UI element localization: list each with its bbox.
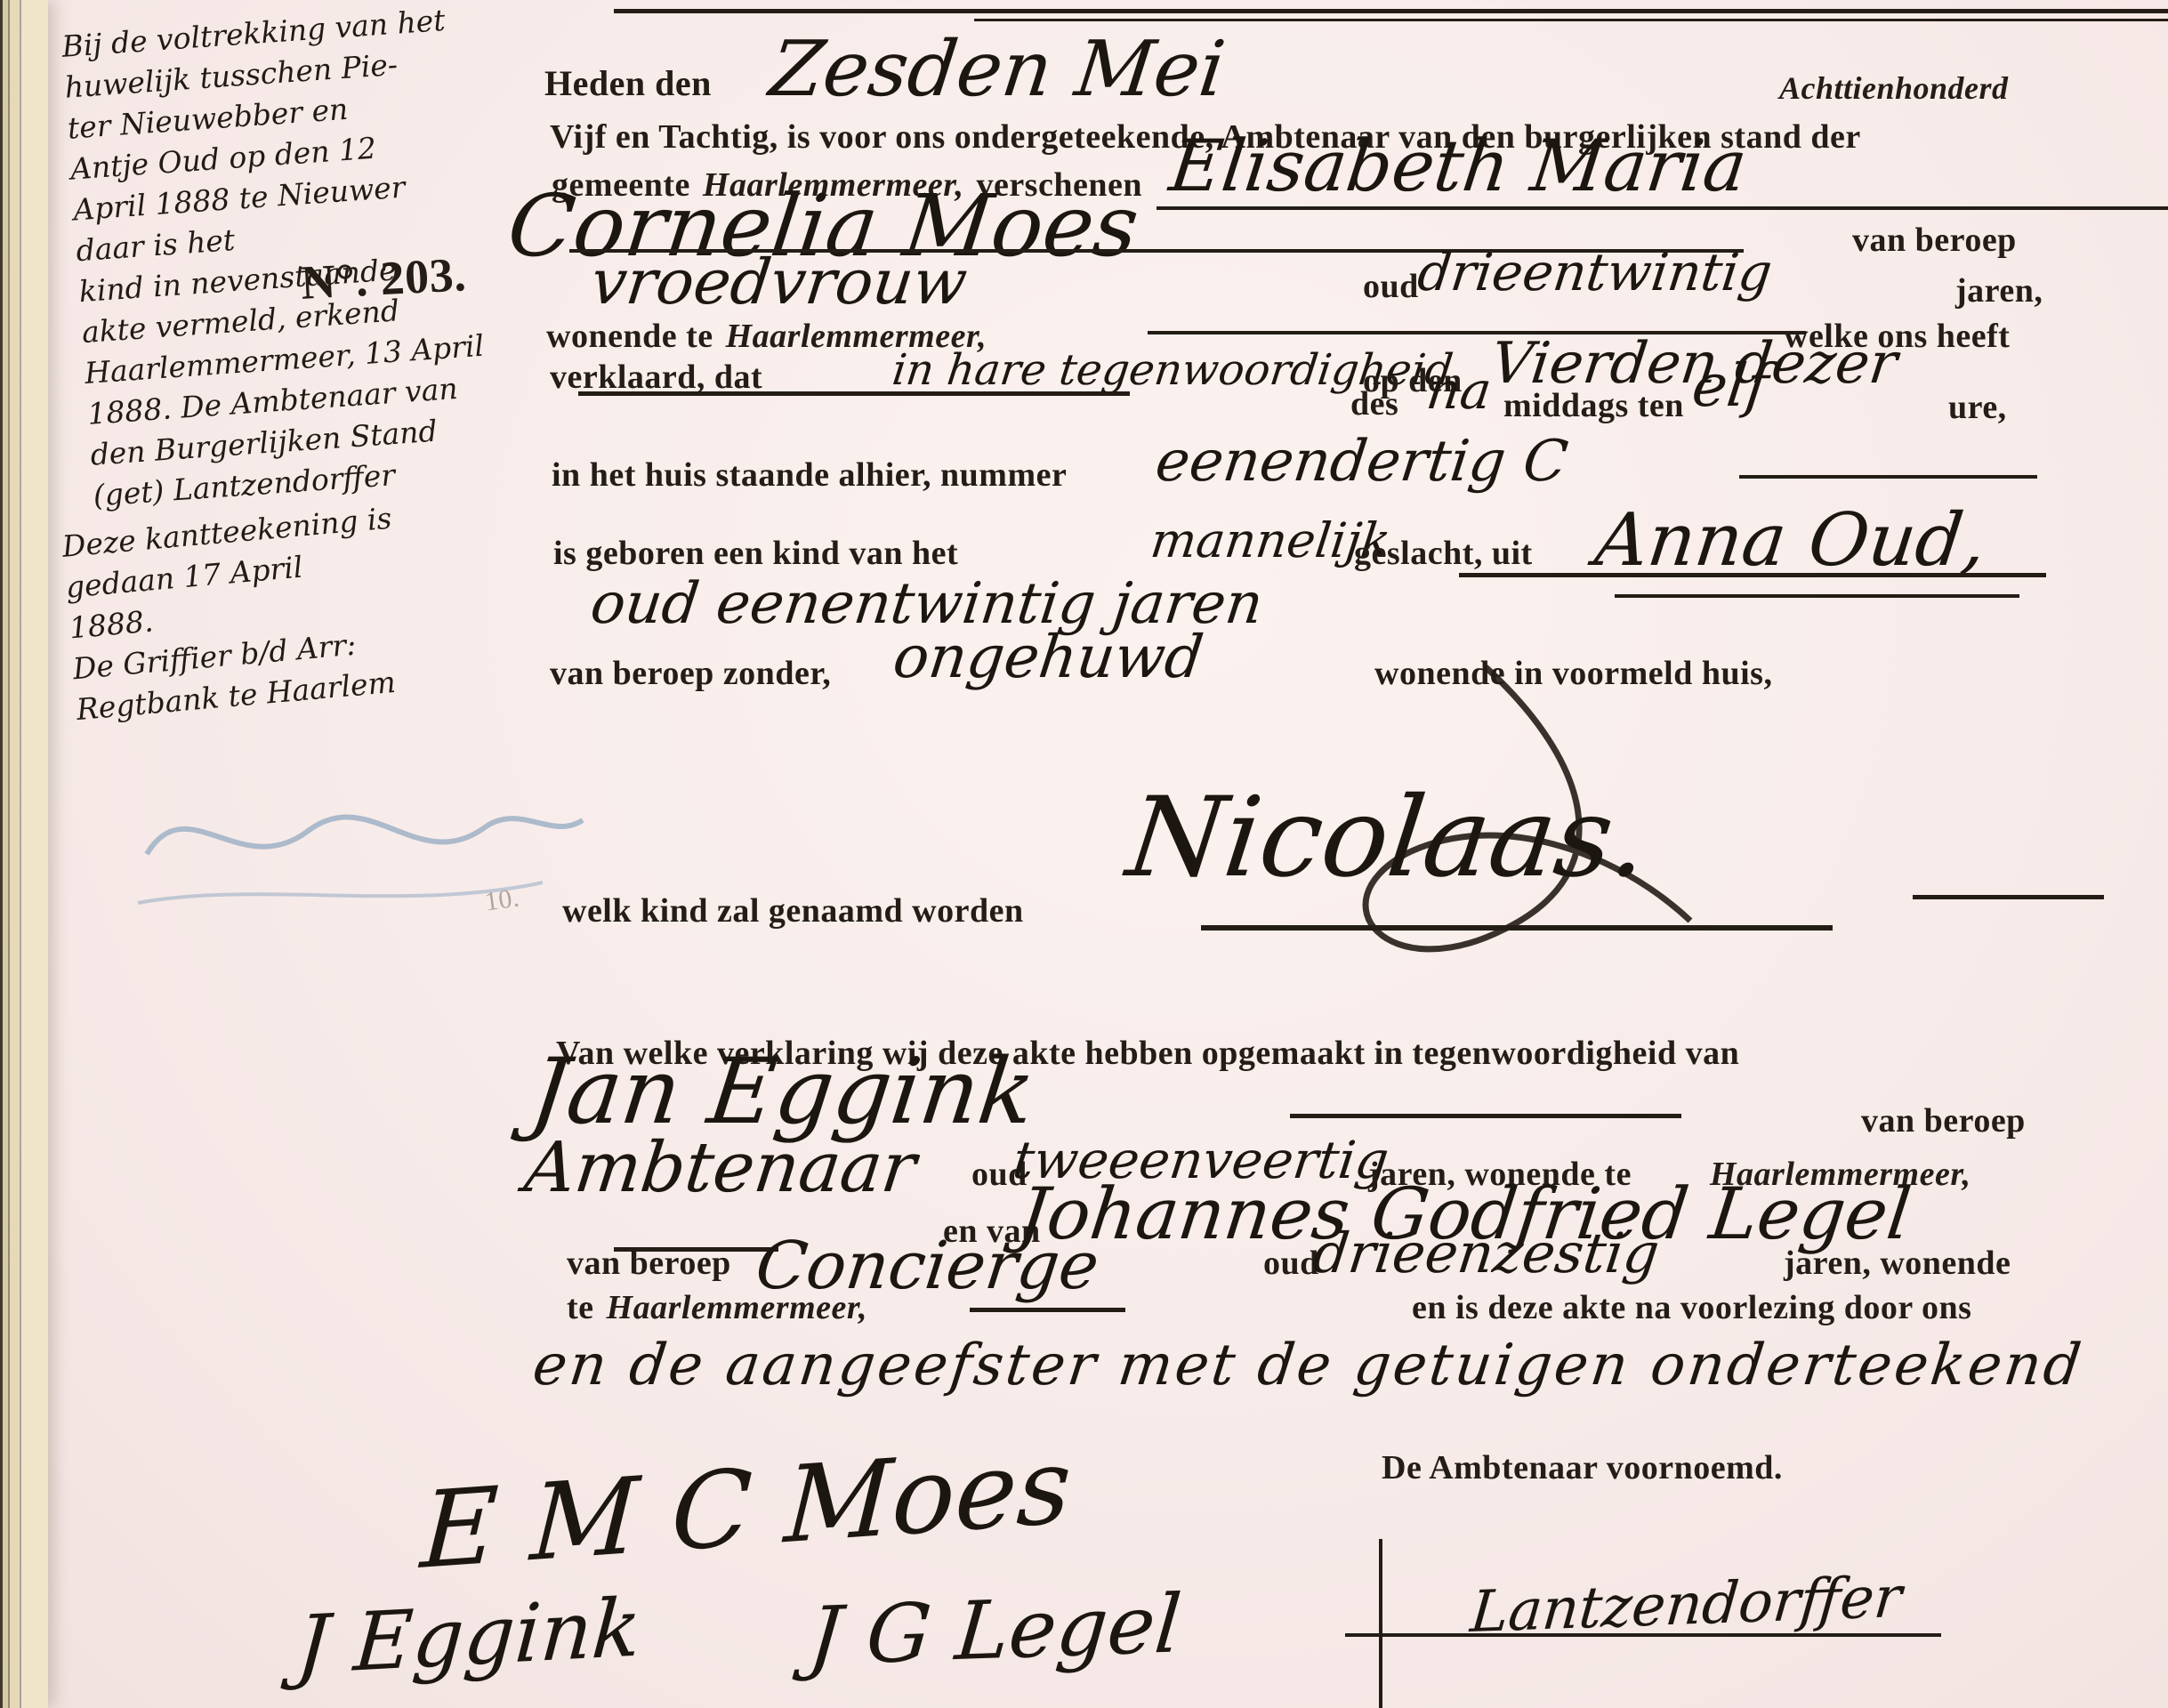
printed-achttienhonderd: Achttienhonderd <box>1779 69 2009 107</box>
margin-annotation-block-2: Deze kantteekening is gedaan 17 April 18… <box>60 483 575 730</box>
dash-after-child-name <box>1913 895 2104 899</box>
printed-te: te <box>567 1289 594 1326</box>
fill-rule-house <box>1739 475 2037 479</box>
act-number: N°. 203. <box>300 246 468 310</box>
handwritten-birth-hour: elf <box>1688 351 1772 420</box>
printed-van-beroep-2: van beroep <box>1861 1101 2026 1140</box>
printed-huis-regel: in het huis staande alhier, nummer <box>552 455 1067 495</box>
handwritten-witness1-profession: Ambtenaar <box>520 1128 920 1208</box>
handwritten-child-name: Nicolaas. <box>1121 774 1656 902</box>
fill-rule-closing <box>970 1308 1125 1312</box>
book-binding-edge <box>0 0 48 1708</box>
top-rule-2 <box>974 19 2168 21</box>
handwritten-house-number: eenendertig C <box>1152 429 1571 495</box>
handwritten-birth-registration-date: Zesden Mei <box>765 25 1229 114</box>
printed-oud-1: oud <box>1363 267 1419 306</box>
signature-declarant-moes: E M C Moes <box>418 1423 1075 1592</box>
handwritten-dagdeel: na <box>1423 360 1495 421</box>
printed-heden-den: Heden den <box>544 62 712 104</box>
top-rule-1 <box>614 9 2168 13</box>
handwritten-ondertekening-regel: en de aangeefster met de getuigen ondert… <box>529 1333 2087 1398</box>
printed-jaren-1: jaren, <box>1955 271 2043 310</box>
printed-te-haarlemmermeer-row: teHaarlemmermeer, <box>567 1288 880 1327</box>
printed-geboren-regel: is geboren een kind van het <box>553 534 958 573</box>
signature-witness-eggink: J Eggink <box>294 1581 644 1693</box>
signature-bracket-vertical <box>1379 1539 1382 1708</box>
fill-rule-mother-age <box>1615 594 2019 598</box>
fill-rule-mother <box>1459 573 2046 577</box>
handwritten-mother-name: Anna Oud, <box>1591 498 1991 583</box>
printed-des: des <box>1350 384 1398 423</box>
pencil-number: 10. <box>483 882 521 917</box>
printed-van-beroep-zonder: van beroep zonder, <box>550 654 831 693</box>
printed-van-beroep-3: van beroep <box>567 1244 731 1283</box>
printed-geslacht-uit: geslacht, uit <box>1354 534 1533 573</box>
printed-ure: ure, <box>1948 388 2007 427</box>
printed-ambtenaar-voornoemd: De Ambtenaar voornoemd. <box>1382 1448 1783 1487</box>
handwritten-declarant-age: drieentwintig <box>1414 242 1776 302</box>
printed-welk-kind: welk kind zal genaamd worden <box>562 891 1024 931</box>
fill-rule-declaration <box>578 391 1130 396</box>
handwritten-declarant-name-1: Elisabeth Maria <box>1165 125 1752 207</box>
printed-voorlezing-regel: en is deze akte na voorlezing door ons <box>1412 1288 1971 1327</box>
handwritten-declarant-profession: vroedvrouw <box>587 246 971 318</box>
printed-wonende-te: wonende te <box>546 318 713 355</box>
signature-witness-legel: J G Legel <box>805 1577 1185 1684</box>
birth-certificate-scan: Bij de voltrekking van het huwelijk tuss… <box>0 0 2168 1708</box>
printed-middags-ten: middags ten <box>1503 386 1684 425</box>
handwritten-witness2-age: drieenzestig <box>1310 1221 1663 1285</box>
clerk-blue-ink-signature <box>125 747 605 934</box>
printed-van-beroep-1: van beroep <box>1852 221 2017 260</box>
printed-jaren-wonende: jaren, wonende <box>1784 1244 2011 1283</box>
fill-rule-declarant-1 <box>1157 206 2168 210</box>
printed-woonplaats-2: Haarlemmermeer, <box>607 1289 868 1326</box>
underline-child-name <box>1201 925 1833 931</box>
fill-rule-witness1 <box>1290 1114 1681 1118</box>
